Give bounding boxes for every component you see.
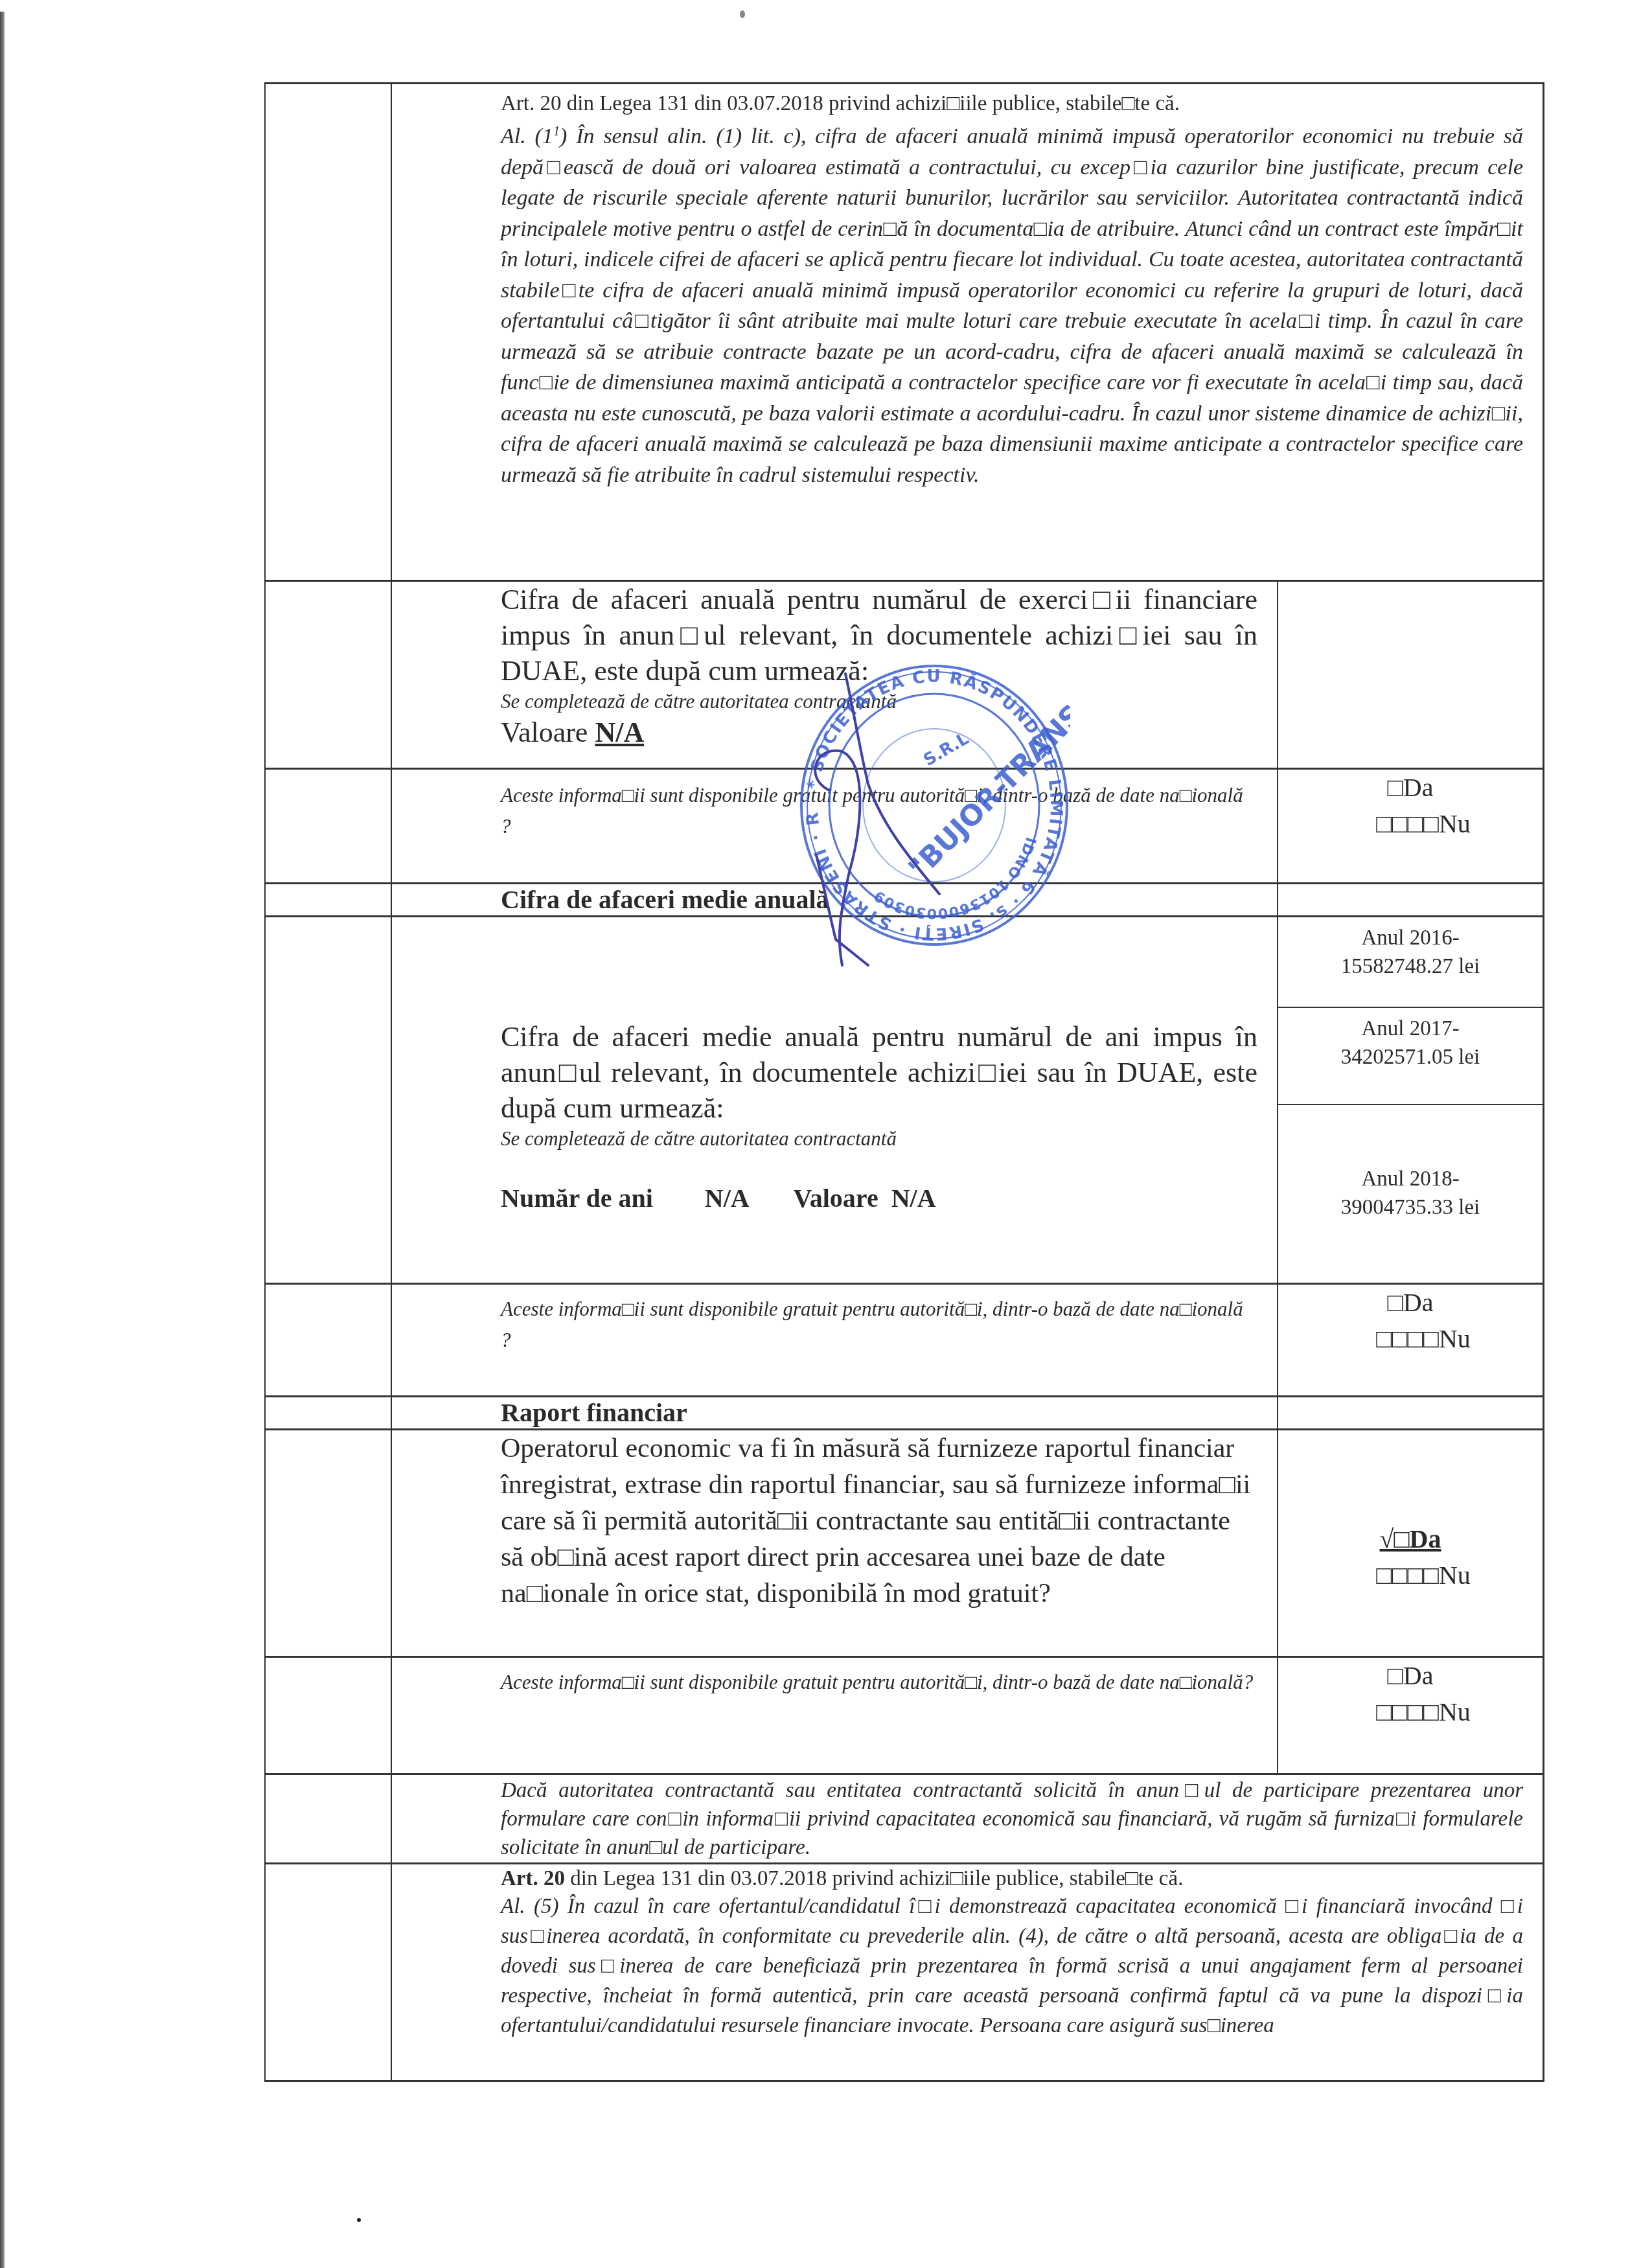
years-cell: Anul 2016- 15582748.27 lei Anul 2017- 34… (1277, 917, 1544, 1283)
row-art20-turnover-rule: Art. 20 din Legea 131 din 03.07.2018 pri… (264, 82, 1544, 580)
row-art20-support: Art. 20 din Legea 131 din 03.07.2018 pri… (264, 1862, 1544, 2082)
annual-turnover-text: Cifra de afaceri anuală pentru numărul d… (501, 582, 1257, 689)
row-content-cell: Dacă autoritatea contractantă sau entita… (391, 1775, 1544, 1862)
row-financial-report: Operatorul economic va fi în măsură să f… (264, 1428, 1544, 1656)
row-content-cell: Art. 20 din Legea 131 din 03.07.2018 pri… (391, 84, 1544, 580)
row-index-cell (264, 1397, 391, 1428)
law-heading: Art. 20 din Legea 131 din 03.07.2018 pri… (501, 1866, 1523, 1892)
law-heading: Art. 20 din Legea 131 din 03.07.2018 pri… (501, 91, 1523, 117)
row-content-cell: Art. 20 din Legea 131 din 03.07.2018 pri… (391, 1864, 1544, 2080)
year-divider (1278, 1007, 1543, 1008)
availability-question: Aceste informa□ii sunt disponibile gratu… (501, 1294, 1257, 1356)
row-content-cell: Cifra de afaceri medie anuală (391, 884, 1277, 915)
option-da[interactable]: □Da (1278, 1285, 1543, 1321)
row-index-cell (264, 84, 391, 580)
financial-report-text: Operatorul economic va fi în măsură să f… (501, 1430, 1257, 1612)
years-value-field[interactable]: N/A (705, 1184, 748, 1213)
year-2017: Anul 2017- 34202571.05 lei (1278, 1014, 1543, 1071)
row-index-cell (264, 884, 391, 915)
scan-speck (357, 2218, 361, 2222)
row-forms-note: Dacă autoritatea contractantă sau entita… (264, 1773, 1544, 1862)
row-content-cell: Cifra de afaceri medie anuală pentru num… (391, 917, 1277, 1283)
row-annual-turnover: Cifra de afaceri anuală pentru numărul d… (264, 580, 1544, 768)
row-availability-2: Aceste informa□ii sunt disponibile gratu… (264, 1283, 1544, 1395)
option-da[interactable]: □Da (1278, 1658, 1543, 1694)
avg-turnover-values: Număr de ani N/A Valoare N/A (501, 1183, 1257, 1214)
answer-cell (1277, 1397, 1544, 1428)
law-paragraph: Al. (11) În sensul alin. (1) lit. c), ci… (501, 117, 1523, 490)
answer-cell (1277, 884, 1544, 915)
row-content-cell: Aceste informa□ii sunt disponibile gratu… (391, 1658, 1277, 1773)
avg-turnover-text: Cifra de afaceri medie anuală pentru num… (501, 1019, 1257, 1126)
row-avg-turnover-heading: Cifra de afaceri medie anuală (264, 882, 1544, 915)
form-table: Art. 20 din Legea 131 din 03.07.2018 pri… (264, 82, 1544, 2082)
row-avg-turnover: Cifra de afaceri medie anuală pentru num… (264, 915, 1544, 1283)
scan-speck (740, 10, 745, 18)
law-paragraph: Al. (5) În cazul în care ofertantul/cand… (501, 1892, 1523, 2041)
option-da[interactable]: □Da (1278, 770, 1543, 806)
avg-turnover-note: Se completează de către autoritatea cont… (501, 1126, 1257, 1152)
option-nu[interactable]: □□□□Nu (1278, 1557, 1543, 1594)
option-da-checked[interactable]: √□Da (1278, 1521, 1543, 1557)
year-divider (1278, 1104, 1543, 1105)
row-availability-1: Aceste informa□ii sunt disponibile gratu… (264, 768, 1544, 882)
answer-cell: √□Da □□□□Nu (1277, 1430, 1544, 1656)
annual-turnover-note: Se completează de către autoritatea cont… (501, 689, 1257, 715)
financial-report-heading: Raport financiar (501, 1397, 1257, 1428)
row-index-cell (264, 1658, 391, 1773)
row-index-cell (264, 1775, 391, 1862)
avg-value-field[interactable]: N/A (891, 1184, 936, 1213)
row-content-cell: Cifra de afaceri anuală pentru numărul d… (391, 582, 1277, 768)
row-index-cell (264, 582, 391, 768)
row-content-cell: Raport financiar (391, 1397, 1277, 1428)
scan-edge-shadow (0, 12, 5, 2268)
row-availability-3: Aceste informa□ii sunt disponibile gratu… (264, 1656, 1544, 1773)
option-nu[interactable]: □□□□Nu (1278, 1321, 1543, 1357)
option-nu[interactable]: □□□□Nu (1278, 806, 1543, 842)
row-index-cell (264, 1864, 391, 2080)
row-index-cell (264, 770, 391, 882)
row-content-cell: Operatorul economic va fi în măsură să f… (391, 1430, 1277, 1656)
year-2018: Anul 2018- 39004735.33 lei (1278, 1165, 1543, 1222)
year-2016: Anul 2016- 15582748.27 lei (1278, 924, 1543, 981)
answer-cell: □Da □□□□Nu (1277, 770, 1544, 882)
avg-turnover-heading: Cifra de afaceri medie anuală (501, 884, 1257, 915)
row-content-cell: Aceste informa□ii sunt disponibile gratu… (391, 1285, 1277, 1395)
availability-question: Aceste informa□ii sunt disponibile gratu… (501, 780, 1257, 842)
availability-question: Aceste informa□ii sunt disponibile gratu… (501, 1667, 1257, 1698)
annual-turnover-value: Valoare N/A (501, 715, 1257, 750)
row-index-cell (264, 917, 391, 1283)
row-index-cell (264, 1285, 391, 1395)
option-nu[interactable]: □□□□Nu (1278, 1694, 1543, 1730)
row-content-cell: Aceste informa□ii sunt disponibile gratu… (391, 770, 1277, 882)
annual-turnover-value-field[interactable]: N/A (595, 716, 644, 748)
answer-cell (1277, 582, 1544, 768)
row-index-cell (264, 1430, 391, 1656)
forms-note-text: Dacă autoritatea contractantă sau entita… (501, 1776, 1523, 1862)
row-financial-report-heading: Raport financiar (264, 1395, 1544, 1428)
answer-cell: □Da □□□□Nu (1277, 1285, 1544, 1395)
answer-cell: □Da □□□□Nu (1277, 1658, 1544, 1773)
